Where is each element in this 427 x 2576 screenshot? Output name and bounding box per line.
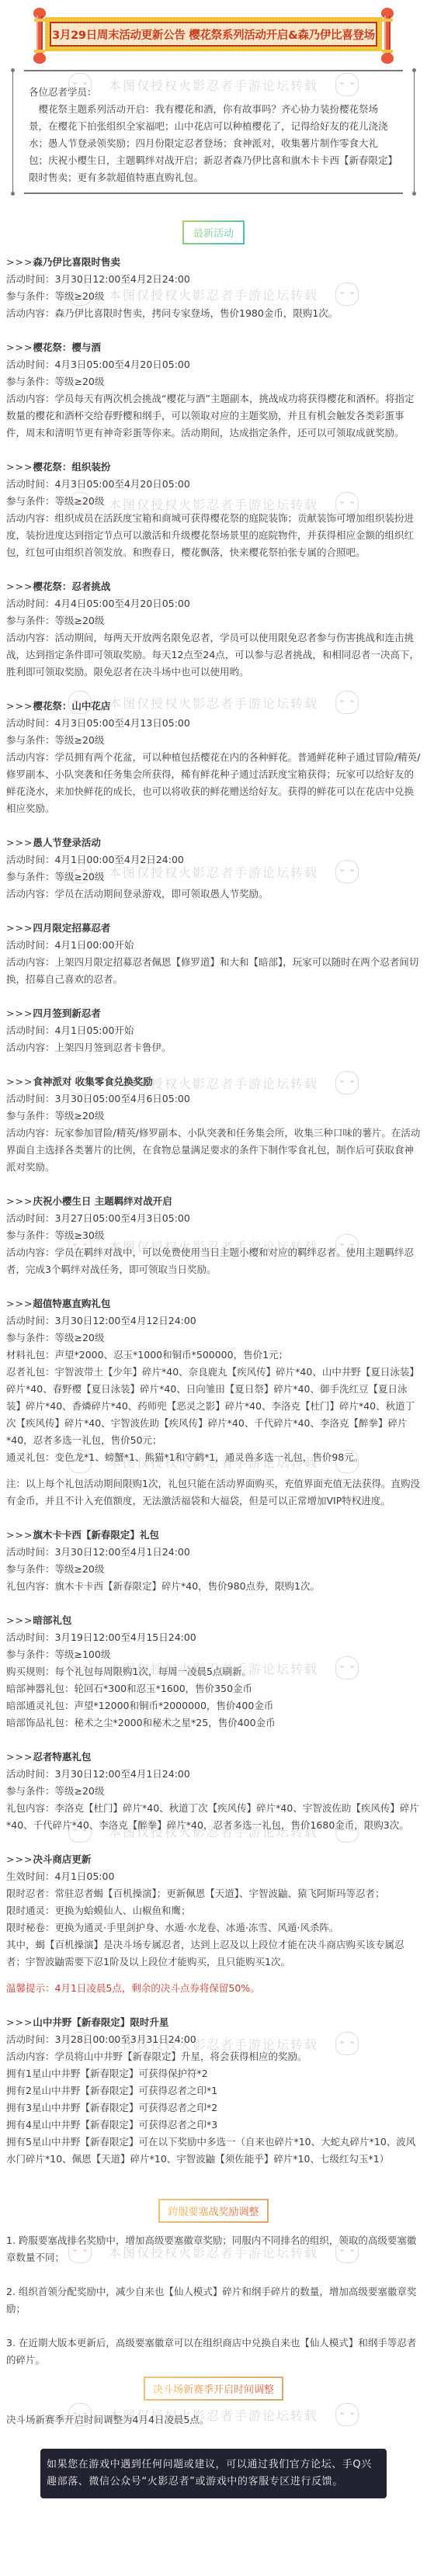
activity-item: >>>暗部礼包 活动时间：3月19日12:00至4月15日24:00 参与条件：…	[6, 1612, 421, 1732]
section-label-latest-activities: 最新活动	[182, 220, 245, 244]
activity-title: >>>山中井野【新春限定】限时升星	[6, 2014, 421, 2031]
activity-content: 活动内容：组织成员在活跃度宝箱和商城可获得樱花祭的庭院装饰；贡献装饰可增加组织装…	[6, 510, 421, 561]
activity-time: 活动时间：3月30日12:00至4月2日24:00	[6, 271, 421, 288]
activity-title: >>>食神派对 收集零食兑换奖励	[6, 1073, 421, 1090]
activity-item: >>>食神派对 收集零食兑换奖励 活动时间：3月30日05:00至4月6日05:…	[6, 1073, 421, 1176]
activity-title: >>>决斗商店更新	[6, 1851, 421, 1868]
activity-requirement: 参与条件：等级≥20级	[6, 732, 421, 749]
activity-time: 活动时间：4月1日05:00开始	[6, 1022, 421, 1039]
activity-requirement: 参与条件：等级≥20级	[6, 373, 421, 390]
activity-content: 活动内容：活动期间，每两天开放两名限免忍者，学员可以使用限免忍者参与伤害挑战和连…	[6, 629, 421, 681]
activity-requirement: 参与条件：等级≥100级	[6, 1646, 421, 1663]
activity-requirement: 参与条件：等级≥30级	[6, 1227, 421, 1244]
star-reward: 拥有3星山中井野【新春限定】可获得忍者之印*2	[6, 2099, 421, 2117]
activity-content: 活动内容：玩家参加冒险/精英/修罗副本、小队突袭和任务集会所，收集三种口味的薯片…	[6, 1125, 421, 1176]
activity-title: >>>四月限定招募忍者	[6, 920, 421, 937]
fortress-adjustment: 3. 在近期大版本更新后，高级要塞徽章可以在组织商店中兑换自来也【仙人模式】和纲…	[6, 2335, 421, 2369]
intro-greeting: 各位忍者学员：	[29, 84, 397, 101]
announcement-banner: 3月29日周末活动更新公告 樱花祭系列活动开启&森乃伊比喜登场	[23, 3, 404, 68]
fortress-adjustment: 2. 组织首领分配奖励中，减少自来也【仙人模式】碎片和纲手碎片的数量，增加高级要…	[6, 2283, 421, 2318]
activity-time: 活动时间：4月1日00:00至4月2日24:00	[6, 851, 421, 868]
limited-ninja: 限时忍者：常驻忍者蝎【百机操演】；更新佩恩【天道】、宇智波鼬、猿飞阿斯玛等忍者；	[6, 1885, 421, 1902]
activity-content: 礼包内容：李洛克【杜门】碎片*40、秋道丁次【疾风传】碎片*40、宇智波佐助【疾…	[6, 1800, 421, 1834]
activity-requirement: 参与条件：等级≥20级	[6, 493, 421, 510]
section-label-arena: 决斗场新赛季开启时间调整	[144, 2377, 283, 2401]
artifact-pack: 暗部神器礼包：轮回石*300和忍玉*1600，售价350金币	[6, 1680, 421, 1697]
intro-frame: 各位忍者学员： 樱花祭主题系列活动开启：我有樱花和酒，你有故事吗？齐心协力装扮樱…	[12, 70, 415, 194]
frame-dot-icon	[11, 192, 15, 196]
activity-item: >>>庆祝小樱生日 主题羁绊对战开启 活动时间：3月27日05:00至4月3日0…	[6, 1193, 421, 1278]
frame-divider	[24, 192, 403, 194]
activity-content: 活动内容：上架四月限定招募忍者佩恩【修罗道】和大和【暗部】，玩家可以随时在两个忍…	[6, 954, 421, 988]
arena-adjustment: 决斗场新赛季开启时间调整为4月4日凌晨5点。	[6, 2411, 421, 2429]
activity-content: 活动内容：学员在羁绊对战中，可以免费使用当日主题小樱和对应的羁绊忍者。使用主题羁…	[6, 1244, 421, 1278]
activity-item: >>>森乃伊比喜限时售卖 活动时间：3月30日12:00至4月2日24:00 参…	[6, 254, 421, 322]
activity-title: >>>暗部礼包	[6, 1612, 421, 1629]
limited-scroll: 限时秘卷：更换为通灵·手里剑护身、水遁·水龙卷、冰遁·冻雪、风遁·风杀阵。	[6, 1919, 421, 1936]
star-reward: 拥有5星山中井野【新春限定】可在以下奖励中多选一（自来也碎片*10、大蛇丸碎片*…	[6, 2134, 421, 2168]
activity-time: 活动时间：3月30日05:00至4月6日05:00	[6, 1090, 421, 1108]
activity-time: 活动时间：3月28日00:00至3月31日24:00	[6, 2031, 421, 2048]
accessory-pack: 暗部饰品礼包：秘术之尘*2000和秘术之星*25，售价400金币	[6, 1714, 421, 1732]
activity-time: 活动时间：3月19日12:00至4月15日24:00	[6, 1629, 421, 1646]
activity-content: 礼包内容：旗木卡卡西【新春限定】碎片*40，售价980点券，限购1次。	[6, 1578, 421, 1595]
activity-title: >>>忍者特惠礼包	[6, 1749, 421, 1766]
activity-requirement: 参与条件：等级≥20级	[6, 1561, 421, 1578]
star-reward: 拥有1星山中井野【新春限定】可获得保护符*2	[6, 2065, 421, 2082]
star-reward: 拥有4星山中井野【新春限定】可获得忍者之印*3	[6, 2117, 421, 2134]
ninja-pack: 忍者礼包：宇智波带土【少年】碎片*40、奈良鹿丸【疾风传】碎片*40、山中井野【…	[6, 1364, 421, 1449]
activity-item: >>>愚人节登录活动 活动时间：4月1日00:00至4月2日24:00 参与条件…	[6, 834, 421, 903]
activity-time: 活动时间：4月4日05:00至4月20日05:00	[6, 595, 421, 612]
activity-item: >>>山中井野【新春限定】限时升星 活动时间：3月28日00:00至3月31日2…	[6, 2014, 421, 2168]
summon-pack: 暗部通灵礼包：声望*12000和铜币*2000000，售价400金币	[6, 1697, 421, 1714]
announcement-page: 3月29日周末活动更新公告 樱花祭系列活动开启&森乃伊比喜登场 各位忍者学员： …	[0, 0, 427, 2576]
activity-requirement: 参与条件：等级≥20级	[6, 1783, 421, 1800]
warning-tip: 温馨提示：4月1日凌晨5点，剩余的决斗点券将保留50%。	[6, 1980, 421, 1997]
activity-item: >>>忍者特惠礼包 活动时间：3月30日12:00至4月1日24:00 参与条件…	[6, 1749, 421, 1834]
activity-note: 注：以上每个礼包活动期间限购1次，礼包只能在活动界面购买，充值界面充值无法获得。…	[6, 1475, 421, 1510]
activity-requirement: 参与条件：等级≥20级	[6, 1108, 421, 1125]
page-title: 3月29日周末活动更新公告 樱花祭系列活动开启&森乃伊比喜登场	[52, 26, 375, 43]
section-label-fortress: 跨服要塞战奖励调整	[158, 2199, 268, 2223]
activity-content: 活动内容：学员将山中井野【新春限定】升星，将会获得相应的奖励。	[6, 2048, 421, 2065]
summon-pack: 通灵礼包：变色龙*1、螃蟹*1、熊猫*1和守鹤*1，通灵兽多选一礼包，售价98元…	[6, 1449, 421, 1466]
frame-dot-icon	[412, 68, 416, 72]
activity-content: 活动内容：学员在活动期间登录游戏，即可领取愚人节奖励。	[6, 886, 421, 903]
intro-paragraph: 樱花祭主题系列活动开启：我有樱花和酒，你有故事吗？齐心协力装扮樱花祭场景，在樱花…	[29, 101, 397, 186]
activity-title: >>>樱花祭：忍者挑战	[6, 578, 421, 595]
activity-item: >>>樱花祭：组织装扮 活动时间：4月3日05:00至4月20日05:00 参与…	[6, 459, 421, 561]
frame-dot-icon	[412, 192, 416, 196]
activity-title: >>>樱花祭：组织装扮	[6, 459, 421, 476]
scroll-rod-right-icon	[380, 8, 394, 64]
activity-time: 活动时间：3月30日12:00至4月1日24:00	[6, 1766, 421, 1783]
activity-time: 活动时间：4月1日00:00开始	[6, 937, 421, 954]
activity-requirement: 参与条件：等级≥20级	[6, 612, 421, 629]
frame-divider	[24, 70, 403, 71]
activity-item: >>>四月限定招募忍者 活动时间：4月1日00:00开始 活动内容：上架四月限定…	[6, 920, 421, 988]
activity-content: 活动内容：上架四月签到忍者卡鲁伊。	[6, 1039, 421, 1056]
activity-item: >>>旗木卡卡西【新春限定】礼包 活动时间：3月30日12:00至4月1日24:…	[6, 1527, 421, 1595]
purchase-rule: 购买规则：每个礼包每周限购1次，每周一凌晨5点刷新。	[6, 1663, 421, 1680]
activity-title: >>>森乃伊比喜限时售卖	[6, 254, 421, 271]
activity-content: 活动内容：森乃伊比喜限时售卖，拷问专家登场，售价1980金币，限购1次。	[6, 305, 421, 322]
activity-time: 活动时间：3月27日05:00至4月3日05:00	[6, 1210, 421, 1227]
activity-requirement: 参与条件：等级≥20级	[6, 288, 421, 305]
activity-title: >>>超值特惠直购礼包	[6, 1295, 421, 1312]
activity-time: 活动时间：4月3日05:00至4月20日05:00	[6, 476, 421, 493]
activity-title: >>>愚人节登录活动	[6, 834, 421, 851]
activity-time: 活动时间：3月30日12:00至4月1日24:00	[6, 1544, 421, 1561]
activity-time: 活动时间：4月3日05:00至4月13日05:00	[6, 715, 421, 732]
activity-time: 活动时间：3月30日12:00至4月12日24:00	[6, 1312, 421, 1330]
effective-time: 生效时间：4月1日05:00	[6, 1868, 421, 1885]
fortress-adjustment: 1. 跨服要塞战排名奖励中，增加高级要塞徽章奖励；同服内不同排名的组织，领取的高…	[6, 2232, 421, 2266]
shop-note: 其中，蝎【百机操演】是决斗场专属忍者，达到上忍及以上段位才能在决斗商店购买该专属…	[6, 1936, 421, 1971]
activities-list: >>>森乃伊比喜限时售卖 活动时间：3月30日12:00至4月2日24:00 参…	[0, 254, 427, 2498]
activity-item: >>>四月签到新忍者 活动时间：4月1日05:00开始 活动内容：上架四月签到忍…	[6, 1005, 421, 1056]
frame-dot-icon	[11, 68, 15, 72]
activity-item: >>>樱花祭：忍者挑战 活动时间：4月4日05:00至4月20日05:00 参与…	[6, 578, 421, 681]
activity-content: 活动内容：学员每天有两次机会挑战“樱花与酒”主题副本，挑战成功将获得樱花和酒杯。…	[6, 390, 421, 442]
contact-feedback-box: 如果您在游戏中遇到任何问题或建议，可以通过我们官方论坛、手Q兴趣部落、微信公众号…	[40, 2449, 387, 2498]
activity-title: >>>四月签到新忍者	[6, 1005, 421, 1022]
activity-item: >>>樱花祭：樱与酒 活动时间：4月3日05:00至4月20日05:00 参与条…	[6, 339, 421, 442]
activity-item: >>>决斗商店更新 生效时间：4月1日05:00 限时忍者：常驻忍者蝎【百机操演…	[6, 1851, 421, 1997]
activity-content: 活动内容：学员拥有两个花盆，可以种植包括樱花在内的各种鲜花。普通鲜花种子通过冒险…	[6, 749, 421, 817]
activity-time: 活动时间：4月3日05:00至4月20日05:00	[6, 356, 421, 373]
activity-title: >>>庆祝小樱生日 主题羁绊对战开启	[6, 1193, 421, 1210]
activity-title: >>>樱花祭：樱与酒	[6, 339, 421, 356]
activity-item: >>>超值特惠直购礼包 活动时间：3月30日12:00至4月12日24:00 参…	[6, 1295, 421, 1510]
banner-scroll: 3月29日周末活动更新公告 樱花祭系列活动开启&森乃伊比喜登场	[45, 17, 382, 51]
limited-summon: 限时通灵：更换为蛤蟆仙人、山椒鱼和鹰；	[6, 1902, 421, 1919]
material-pack: 材料礼包：声望*2000、忍玉*1000和铜币*500000，售价1元；	[6, 1347, 421, 1364]
activity-title: >>>樱花祭：山中花店	[6, 698, 421, 715]
activity-requirement: 参与条件：等级≥20级	[6, 1330, 421, 1347]
activity-title: >>>旗木卡卡西【新春限定】礼包	[6, 1527, 421, 1544]
activity-requirement: 参与条件：等级≥20级	[6, 868, 421, 886]
activity-item: >>>樱花祭：山中花店 活动时间：4月3日05:00至4月13日05:00 参与…	[6, 698, 421, 817]
star-reward: 拥有2星山中井野【新春限定】可获得忍者之印*1	[6, 2082, 421, 2099]
